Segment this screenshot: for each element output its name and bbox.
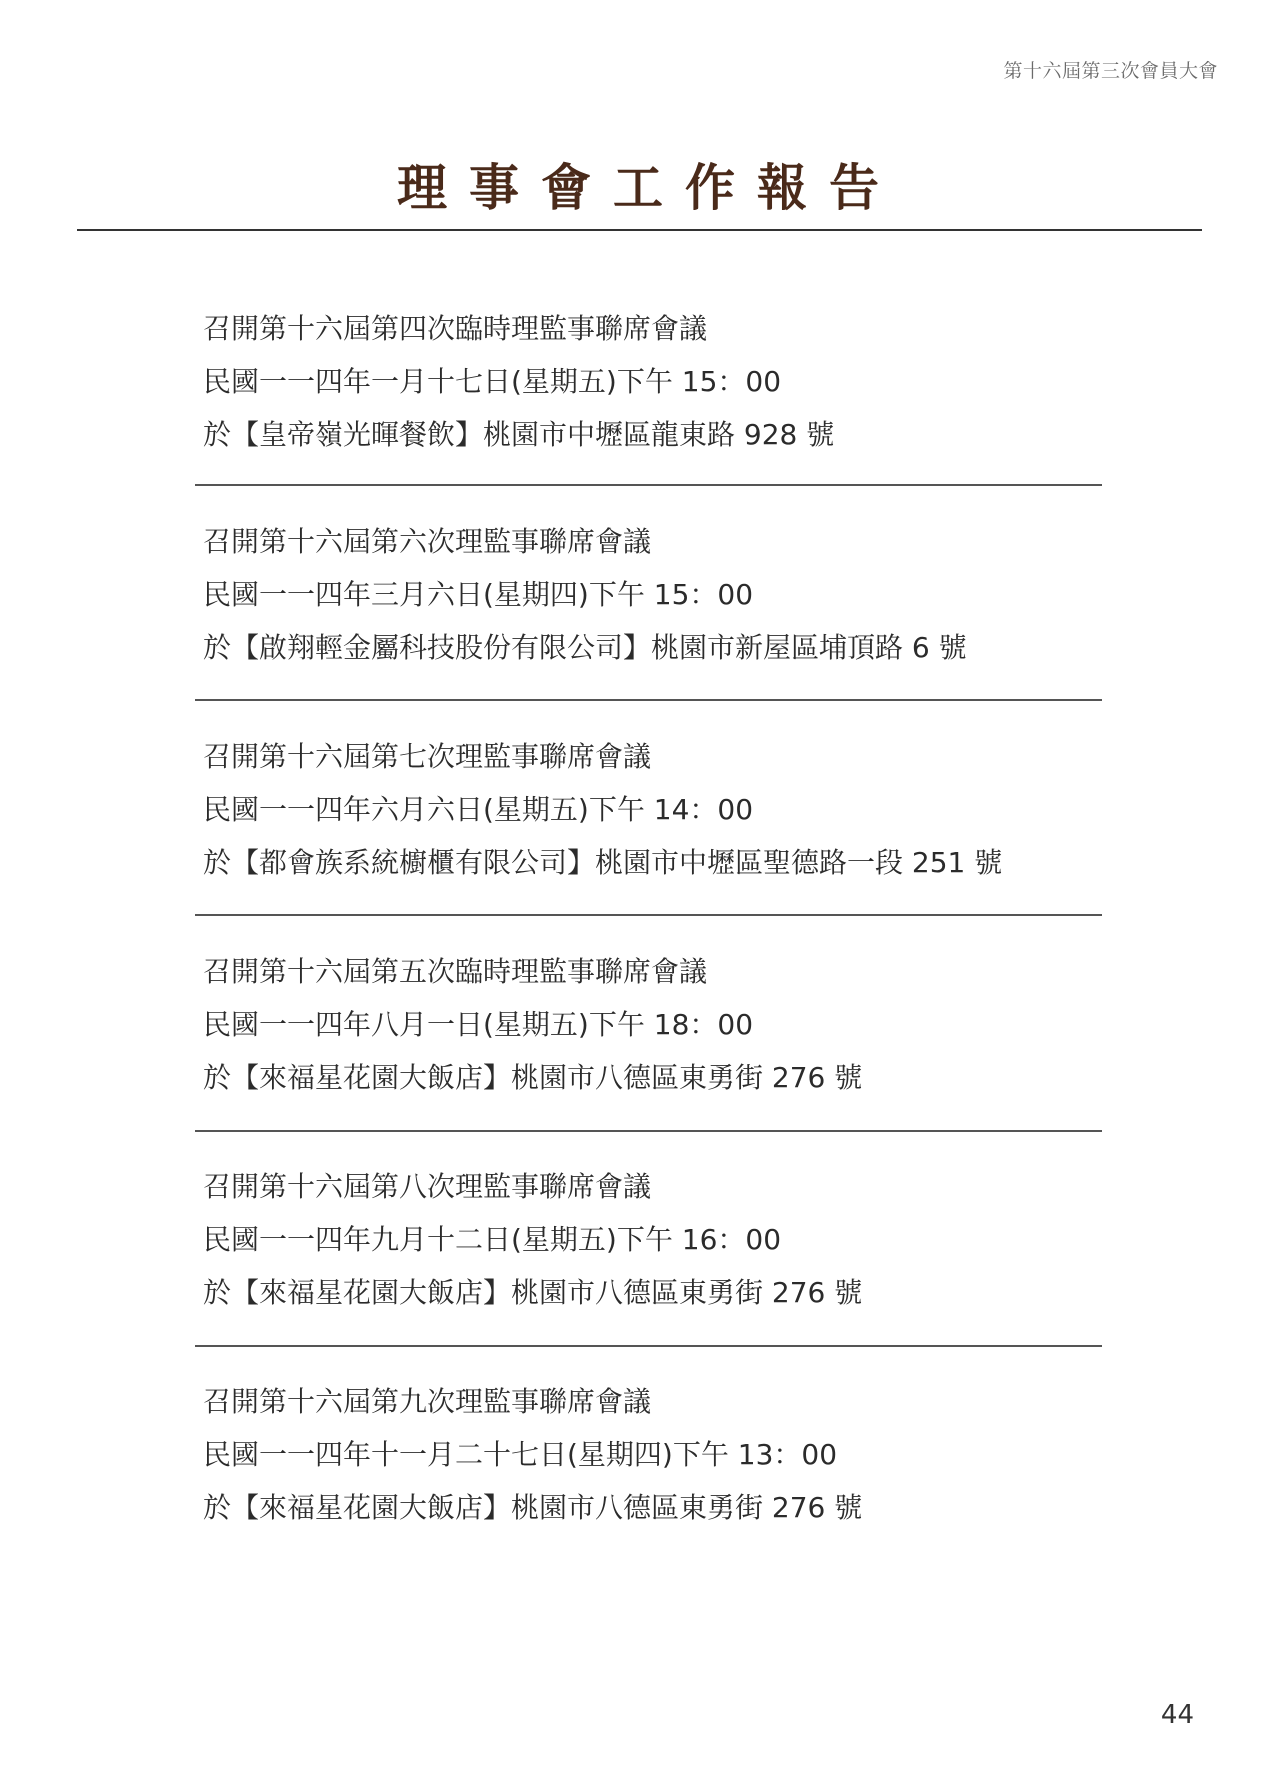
meeting-location: 於【啟翔輕金屬科技股份有限公司】桃園市新屋區埔頂路 6 號: [203, 621, 1103, 674]
meeting-entry: 召開第十六屆第九次理監事聯席會議 民國一一四年十一月二十七日(星期四)下午 13…: [203, 1375, 1103, 1534]
meeting-entry: 召開第十六屆第八次理監事聯席會議 民國一一四年九月十二日(星期五)下午 16：0…: [203, 1160, 1103, 1319]
meeting-datetime: 民國一一四年十一月二十七日(星期四)下午 13：00: [203, 1428, 1103, 1481]
meeting-name: 召開第十六屆第四次臨時理監事聯席會議: [203, 302, 1103, 355]
meeting-entry: 召開第十六屆第五次臨時理監事聯席會議 民國一一四年八月一日(星期五)下午 18：…: [203, 945, 1103, 1104]
meeting-location: 於【來福星花園大飯店】桃園市八德區東勇街 276 號: [203, 1051, 1103, 1104]
meeting-divider: [195, 1130, 1102, 1132]
meeting-name: 召開第十六屆第八次理監事聯席會議: [203, 1160, 1103, 1213]
meeting-datetime: 民國一一四年三月六日(星期四)下午 15：00: [203, 568, 1103, 621]
meeting-datetime: 民國一一四年八月一日(星期五)下午 18：00: [203, 998, 1103, 1051]
running-header: 第十六屆第三次會員大會: [1003, 56, 1218, 83]
meeting-name: 召開第十六屆第五次臨時理監事聯席會議: [203, 945, 1103, 998]
page-title: 理事會工作報告: [0, 148, 1276, 220]
meeting-name: 召開第十六屆第九次理監事聯席會議: [203, 1375, 1103, 1428]
meeting-datetime: 民國一一四年一月十七日(星期五)下午 15：00: [203, 355, 1103, 408]
title-divider: [77, 229, 1202, 231]
meeting-entry: 召開第十六屆第六次理監事聯席會議 民國一一四年三月六日(星期四)下午 15：00…: [203, 515, 1103, 674]
meeting-datetime: 民國一一四年九月十二日(星期五)下午 16：00: [203, 1213, 1103, 1266]
meeting-entry: 召開第十六屆第七次理監事聯席會議 民國一一四年六月六日(星期五)下午 14：00…: [203, 730, 1103, 889]
meeting-location: 於【皇帝嶺光暉餐飲】桃園市中壢區龍東路 928 號: [203, 408, 1103, 461]
meeting-name: 召開第十六屆第六次理監事聯席會議: [203, 515, 1103, 568]
meeting-divider: [195, 914, 1102, 916]
meeting-location: 於【來福星花園大飯店】桃園市八德區東勇街 276 號: [203, 1481, 1103, 1534]
page-number: 44: [1161, 1700, 1194, 1730]
meeting-location: 於【都會族系統櫥櫃有限公司】桃園市中壢區聖德路一段 251 號: [203, 836, 1103, 889]
meeting-location: 於【來福星花園大飯店】桃園市八德區東勇街 276 號: [203, 1266, 1103, 1319]
meeting-divider: [195, 699, 1102, 701]
meeting-entry: 召開第十六屆第四次臨時理監事聯席會議 民國一一四年一月十七日(星期五)下午 15…: [203, 302, 1103, 461]
meeting-divider: [195, 1345, 1102, 1347]
meeting-datetime: 民國一一四年六月六日(星期五)下午 14：00: [203, 783, 1103, 836]
meeting-divider: [195, 484, 1102, 486]
meeting-name: 召開第十六屆第七次理監事聯席會議: [203, 730, 1103, 783]
